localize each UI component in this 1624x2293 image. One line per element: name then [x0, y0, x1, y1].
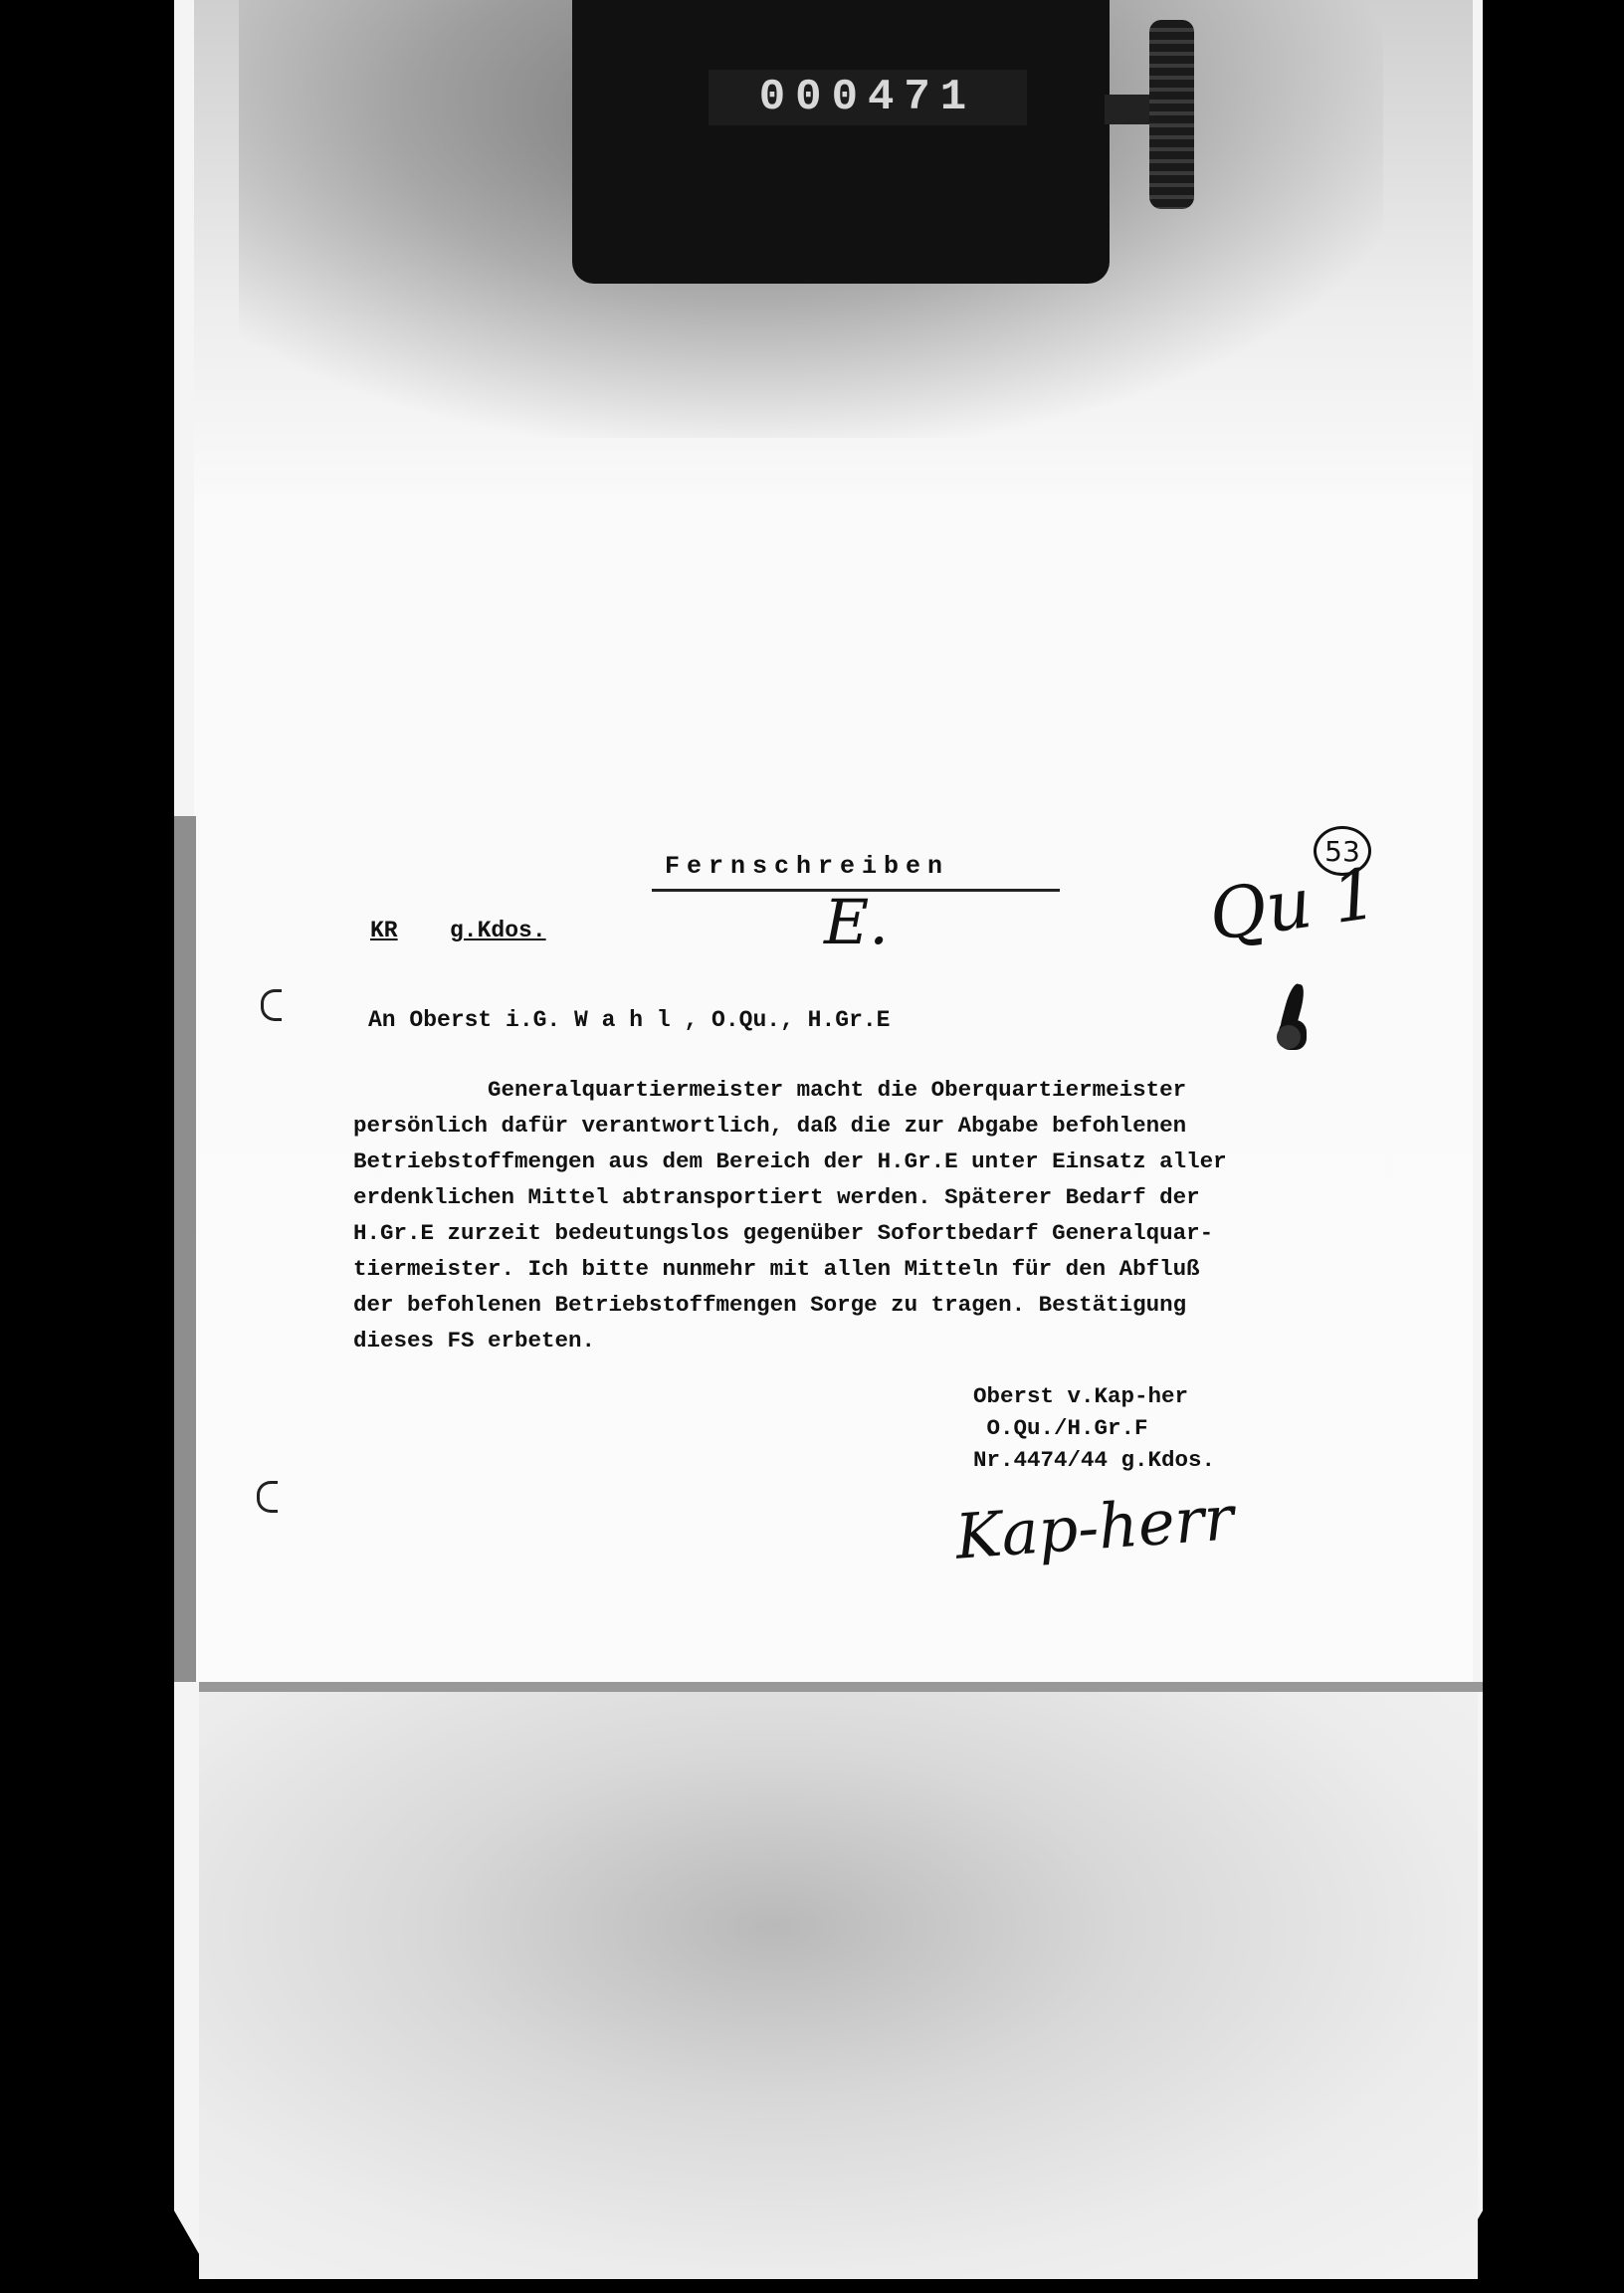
body-line: tiermeister. Ich bitte nunmehr mit allen…: [353, 1256, 1200, 1282]
counter-shaft: [1105, 95, 1154, 124]
body-line: Betriebstoffmengen aus dem Bereich der H…: [353, 1148, 1227, 1174]
class-code: KR: [370, 918, 398, 943]
signature-reference: Nr.4474/44 g.Kdos.: [973, 1447, 1215, 1473]
classification-mark: g.Kdos.: [450, 918, 546, 943]
lower-sheet: [199, 1692, 1478, 2279]
sheet-margin-strip: [174, 816, 196, 1682]
frame-counter-device: [572, 0, 1110, 284]
ink-star-icon: [1277, 1025, 1301, 1049]
body-line: Generalquartiermeister macht die Oberqua…: [353, 1077, 1186, 1103]
page-number-circle: 53: [1314, 826, 1371, 876]
sheet-edge: [199, 1682, 1483, 1692]
handwritten-mark: E.: [824, 886, 889, 958]
signature-name: Oberst v.Kap-her: [973, 1383, 1188, 1409]
body-line: der befohlenen Betriebstoffmengen Sorge …: [353, 1292, 1186, 1318]
body-line: H.Gr.E zurzeit bedeutungslos gegenüber S…: [353, 1220, 1213, 1246]
punch-hole-icon: [257, 1481, 278, 1513]
punch-hole-icon: [261, 989, 282, 1021]
body-line: persönlich dafür verantwortlich, daß die…: [353, 1113, 1186, 1139]
addressee-line: An Oberst i.G. W a h l , O.Qu., H.Gr.E: [368, 1007, 891, 1033]
body-line: erdenklichen Mittel abtransportiert werd…: [353, 1184, 1200, 1210]
signature-office: O.Qu./H.Gr.F: [973, 1415, 1148, 1441]
document-title: Fernschreiben: [665, 852, 949, 881]
frame-counter-number: 000471: [709, 70, 1027, 125]
body-line: dieses FS erbeten.: [353, 1328, 595, 1354]
counter-knob-icon: [1149, 20, 1194, 209]
